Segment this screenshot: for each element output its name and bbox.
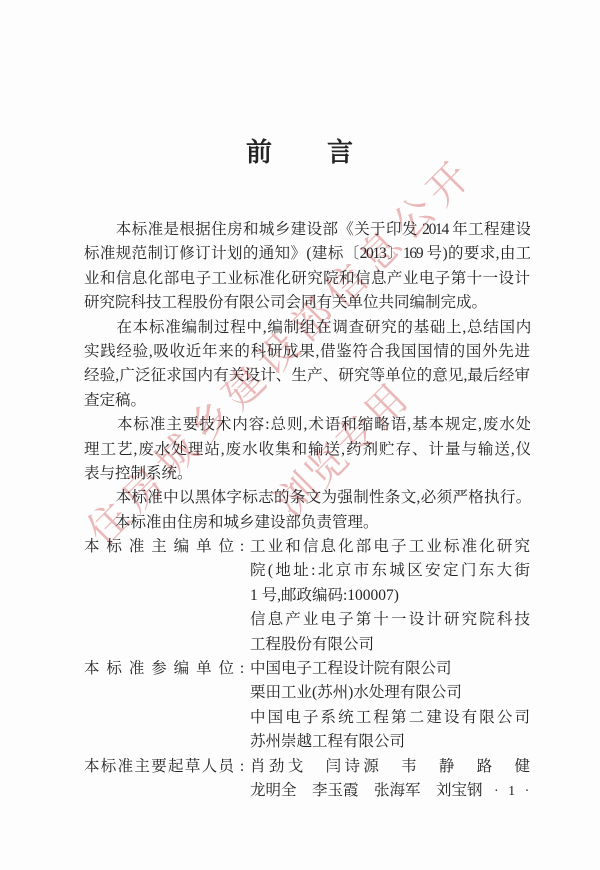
page-number: · 1 · [494, 784, 532, 800]
text-line: 本标准由住房和城乡建设部负责管理。 [84, 511, 530, 535]
drafters-label: 本标准主要起草人员 [84, 755, 234, 779]
chief-editor-label: 本标准主编单位 [84, 535, 234, 559]
text-line: 本标准中以黑体字标志的条文为强制性条文,必须严格执行。 [84, 486, 530, 510]
chief-editor-colon: : [234, 535, 250, 559]
text-line: 标准规范制订修订计划的通知》(建标〔2013〕169 号)的要求,由工 [84, 242, 530, 266]
participating-unit: 苏州崇越工程有限公司 [250, 730, 530, 754]
foreword-paragraph-2: 在本标准编制过程中,编制组在调查研究的基础上,总结国内 实践经验,吸收近年来的科… [84, 316, 530, 414]
text-line: 表与控制系统。 [84, 462, 530, 486]
text-line: 在本标准编制过程中,编制组在调查研究的基础上,总结国内 [84, 316, 530, 340]
participating-unit: 中国电子工程设计院有限公司 [250, 657, 530, 681]
foreword-paragraph-1: 本标准是根据住房和城乡建设部《关于印发 2014 年工程建设 标准规范制订修订计… [84, 218, 530, 316]
text-line: 本标准是根据住房和城乡建设部《关于印发 2014 年工程建设 [84, 218, 530, 242]
document-page: 住房城乡建设部信息公开 浏览专用 前 言 本标准是根据住房和城乡建设部《关于印发… [0, 0, 600, 870]
foreword-body: 本标准是根据住房和城乡建设部《关于印发 2014 年工程建设 标准规范制订修订计… [84, 218, 530, 803]
participating-units-colon: : [234, 657, 250, 681]
text-line: 经验,广泛征求国内有关设计、生产、研究等单位的意见,最后经审 [84, 364, 530, 388]
participating-units-label: 本标准参编单位 [84, 657, 234, 681]
text-line: 理工艺,废水处理站,废水收集和输送,药剂贮存、计量与输送,仪 [84, 438, 530, 462]
participating-unit: 栗田工业(苏州)水处理有限公司 [250, 681, 530, 705]
drafters-names-line: 龙明全 李玉霞 张海军 刘宝钢 [250, 779, 530, 803]
participating-unit: 中国电子系统工程第二建设有限公司 [250, 706, 530, 730]
drafters-colon: : [234, 755, 250, 779]
foreword-paragraph-3: 本标准主要技术内容:总则,术语和缩略语,基本规定,废水处 理工艺,废水处理站,废… [84, 413, 530, 486]
foreword-paragraph-5: 本标准由住房和城乡建设部负责管理。 [84, 511, 530, 535]
drafters-section: 本标准主要起草人员 : 肖劲戈 闫诗源 韦 静 路 健 龙明全 李玉霞 张海军 … [84, 755, 530, 804]
text-line: 查定稿。 [84, 389, 530, 413]
page-title: 前 言 [0, 132, 600, 169]
participating-units-section: 本标准参编单位 : 中国电子工程设计院有限公司 栗田工业(苏州)水处理有限公司 … [84, 657, 530, 755]
text-line: 业和信息化部电子工业标准化研究院和信息产业电子第十一设计 [84, 267, 530, 291]
chief-editor-line: 工程股份有限公司 [250, 633, 530, 657]
drafters-names-line: 肖劲戈 闫诗源 韦 静 路 健 [250, 755, 530, 779]
text-line: 实践经验,吸收近年来的科研成果,借鉴符合我国国情的国外先进 [84, 340, 530, 364]
chief-editor-line: 院(地址:北京市东城区安定门东大街 [250, 559, 530, 583]
chief-editor-line: 1 号,邮政编码:100007) [250, 584, 530, 608]
text-line: 研究院科技工程股份有限公司会同有关单位共同编制完成。 [84, 291, 530, 315]
chief-editor-line: 信息产业电子第十一设计研究院科技 [250, 608, 530, 632]
chief-editor-line: 工业和信息化部电子工业标准化研究 [250, 535, 530, 559]
foreword-paragraph-4: 本标准中以黑体字标志的条文为强制性条文,必须严格执行。 [84, 486, 530, 510]
chief-editor-section: 本标准主编单位 : 工业和信息化部电子工业标准化研究 院(地址:北京市东城区安定… [84, 535, 530, 657]
text-line: 本标准主要技术内容:总则,术语和缩略语,基本规定,废水处 [84, 413, 530, 437]
